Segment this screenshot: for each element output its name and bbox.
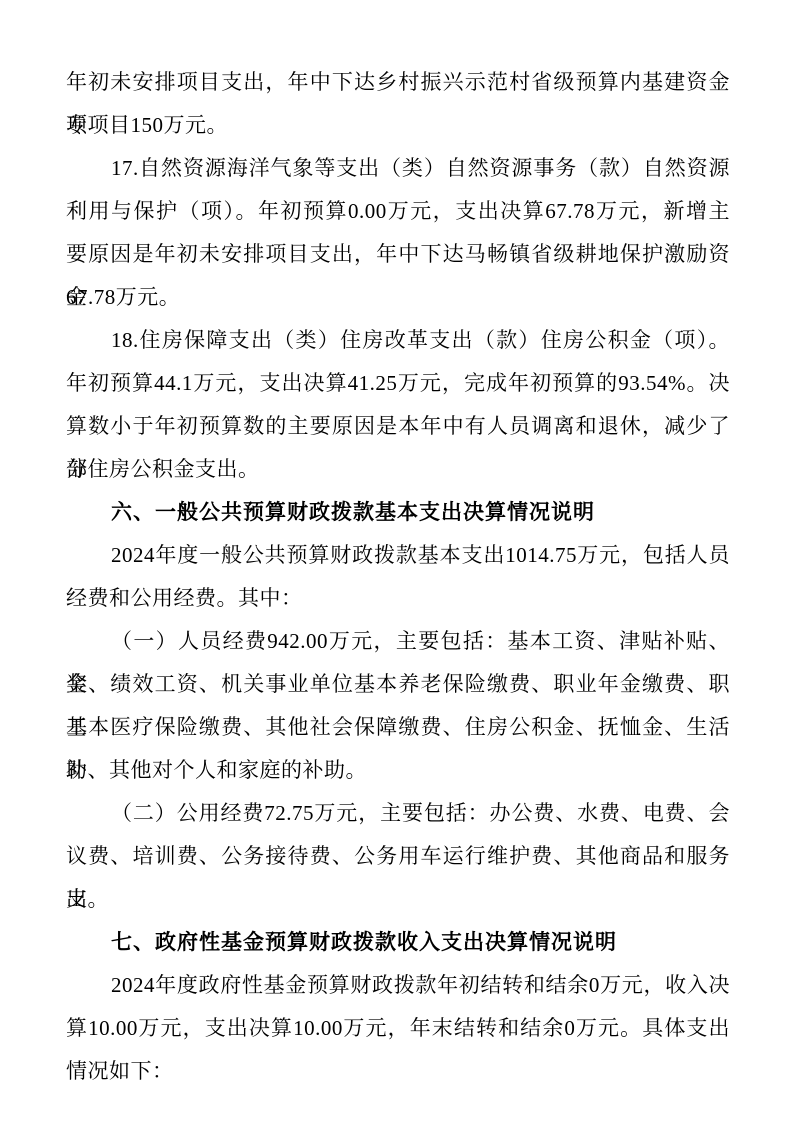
text-line: 17.自然资源海洋气象等支出（类）自然资源事务（款）自然资源: [66, 147, 730, 190]
text-line: 经费和公用经费。其中：: [66, 577, 730, 620]
paragraph: （二）公用经费72.75万元，主要包括：办公费、水费、电费、会议费、培训费、公务…: [66, 792, 730, 921]
section-heading: 七、政府性基金预算财政拨款收入支出决算情况说明: [66, 921, 730, 964]
text-line: 年初预算44.1万元，支出决算41.25万元，完成年初预算的93.54%。决: [66, 362, 730, 405]
text-line: 七、政府性基金预算财政拨款收入支出决算情况说明: [66, 921, 730, 964]
paragraph: 年初未安排项目支出，年中下达乡村振兴示范村省级预算内基建资金专项项目150万元。: [66, 61, 730, 147]
text-line: 利用与保护（项）。年初预算0.00万元，支出决算67.78万元，新增主: [66, 190, 730, 233]
text-line: 六、一般公共预算财政拨款基本支出决算情况说明: [66, 491, 730, 534]
text-line: 18.住房保障支出（类）住房改革支出（款）住房公积金（项）。: [66, 319, 730, 362]
paragraph: 2024年度政府性基金预算财政拨款年初结转和结余0万元，收入决算10.00万元，…: [66, 964, 730, 1093]
text-line: 基本医疗保险缴费、其他社会保障缴费、住房公积金、抚恤金、生活补: [66, 706, 730, 749]
text-line: 项项目150万元。: [66, 104, 730, 147]
text-line: 议费、培训费、公务接待费、公务用车运行维护费、其他商品和服务支: [66, 835, 730, 878]
document-page: 年初未安排项目支出，年中下达乡村振兴示范村省级预算内基建资金专项项目150万元。…: [0, 0, 793, 1122]
text-line: 分住房公积金支出。: [66, 448, 730, 491]
text-line: 出。: [66, 878, 730, 921]
text-line: 2024年度一般公共预算财政拨款基本支出1014.75万元，包括人员: [66, 534, 730, 577]
paragraph: （一）人员经费942.00万元，主要包括：基本工资、津贴补贴、奖金、绩效工资、机…: [66, 620, 730, 792]
text-line: （二）公用经费72.75万元，主要包括：办公费、水费、电费、会: [66, 792, 730, 835]
text-line: 67.78万元。: [66, 276, 730, 319]
text-line: 助、其他对个人和家庭的补助。: [66, 749, 730, 792]
text-line: 情况如下：: [66, 1050, 730, 1093]
text-line: 年初未安排项目支出，年中下达乡村振兴示范村省级预算内基建资金专: [66, 61, 730, 104]
document-body: 年初未安排项目支出，年中下达乡村振兴示范村省级预算内基建资金专项项目150万元。…: [66, 61, 730, 1093]
text-line: 2024年度政府性基金预算财政拨款年初结转和结余0万元，收入决: [66, 964, 730, 1007]
text-line: 要原因是年初未安排项目支出，年中下达马畅镇省级耕地保护激励资金: [66, 233, 730, 276]
text-line: （一）人员经费942.00万元，主要包括：基本工资、津贴补贴、奖: [66, 620, 730, 663]
text-line: 算10.00万元，支出决算10.00万元，年末结转和结余0万元。具体支出: [66, 1007, 730, 1050]
paragraph: 17.自然资源海洋气象等支出（类）自然资源事务（款）自然资源利用与保护（项）。年…: [66, 147, 730, 319]
text-line: 金、绩效工资、机关事业单位基本养老保险缴费、职业年金缴费、职工: [66, 663, 730, 706]
text-line: 算数小于年初预算数的主要原因是本年中有人员调离和退休，减少了部: [66, 405, 730, 448]
paragraph: 2024年度一般公共预算财政拨款基本支出1014.75万元，包括人员经费和公用经…: [66, 534, 730, 620]
section-heading: 六、一般公共预算财政拨款基本支出决算情况说明: [66, 491, 730, 534]
paragraph: 18.住房保障支出（类）住房改革支出（款）住房公积金（项）。年初预算44.1万元…: [66, 319, 730, 491]
